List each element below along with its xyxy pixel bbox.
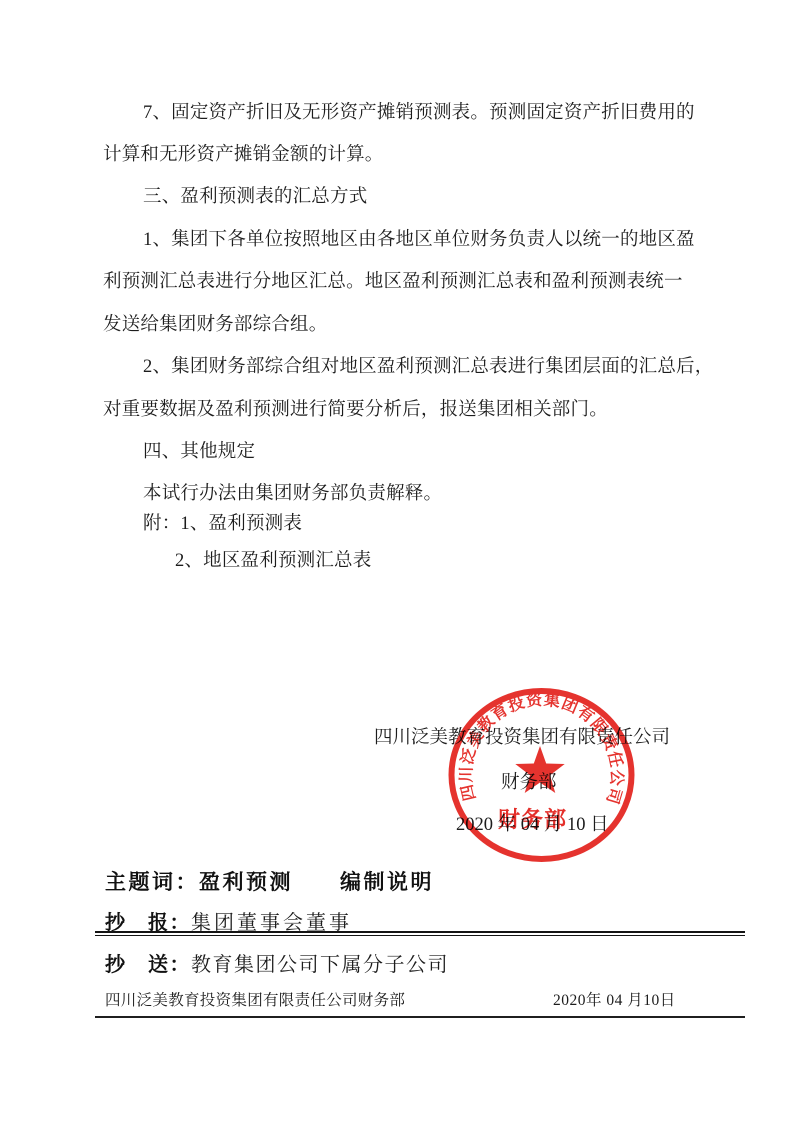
body-line-section-heading: 四、其他规定	[103, 442, 703, 462]
body-line: 2、集团财务部综合组对地区盈利预测汇总表进行集团层面的汇总后，	[103, 357, 703, 377]
body-line-section-heading: 三、盈利预测表的汇总方式	[103, 187, 703, 207]
copy-send-value: 教育集团公司下属分子公司	[191, 954, 449, 976]
seal-star-icon	[515, 746, 564, 793]
copy-send-label: 抄 送：	[105, 954, 191, 976]
seal-ring-text: 四川泛美教育投资集团有限责任公司	[457, 690, 626, 808]
body-line: 利预测汇总表进行分地区汇总。地区盈利预测汇总表和盈利预测表统一	[103, 272, 703, 292]
body-line: 对重要数据及盈利预测进行简要分析后，报送集团相关部门。	[103, 400, 703, 420]
issuer-name: 四川泛美教育投资集团有限责任公司财务部	[105, 988, 405, 1010]
body-line: 本试行办法由集团财务部负责解释。	[103, 484, 703, 504]
body-line: 1、集团下各单位按照地区由各地区单位财务负责人以统一的地区盈	[103, 230, 703, 250]
attachment-line: 附：1、盈利预测表	[103, 514, 703, 534]
issue-date: 2020年 04 月10日	[553, 988, 676, 1010]
attachment-line: 2、地区盈利预测汇总表	[103, 551, 703, 571]
seal-department-text: 财务部	[498, 803, 567, 834]
seal-ring-text-holder: 四川泛美教育投资集团有限责任公司	[457, 690, 626, 808]
footer-subject-row: 主题词：盈利预测 编制说明	[105, 866, 434, 896]
body-line: 7、固定资产折旧及无形资产摊销预测表。预测固定资产折旧费用的	[103, 103, 703, 123]
copy-send-row: 抄 送：教育集团公司下属分子公司	[105, 948, 449, 977]
subject-value: 盈利预测 编制说明	[199, 871, 434, 894]
document-page: 7、固定资产折旧及无形资产摊销预测表。预测固定资产折旧费用的 计算和无形资产摊销…	[0, 0, 793, 1122]
footer-bottom-rule	[95, 1016, 745, 1018]
body-line: 计算和无形资产摊销金额的计算。	[103, 145, 703, 165]
company-seal: 四川泛美教育投资集团有限责任公司	[448, 686, 638, 871]
body-line: 发送给集团财务部综合组。	[103, 315, 703, 335]
double-rule-divider	[95, 931, 745, 936]
subject-label: 主题词：	[105, 871, 199, 894]
